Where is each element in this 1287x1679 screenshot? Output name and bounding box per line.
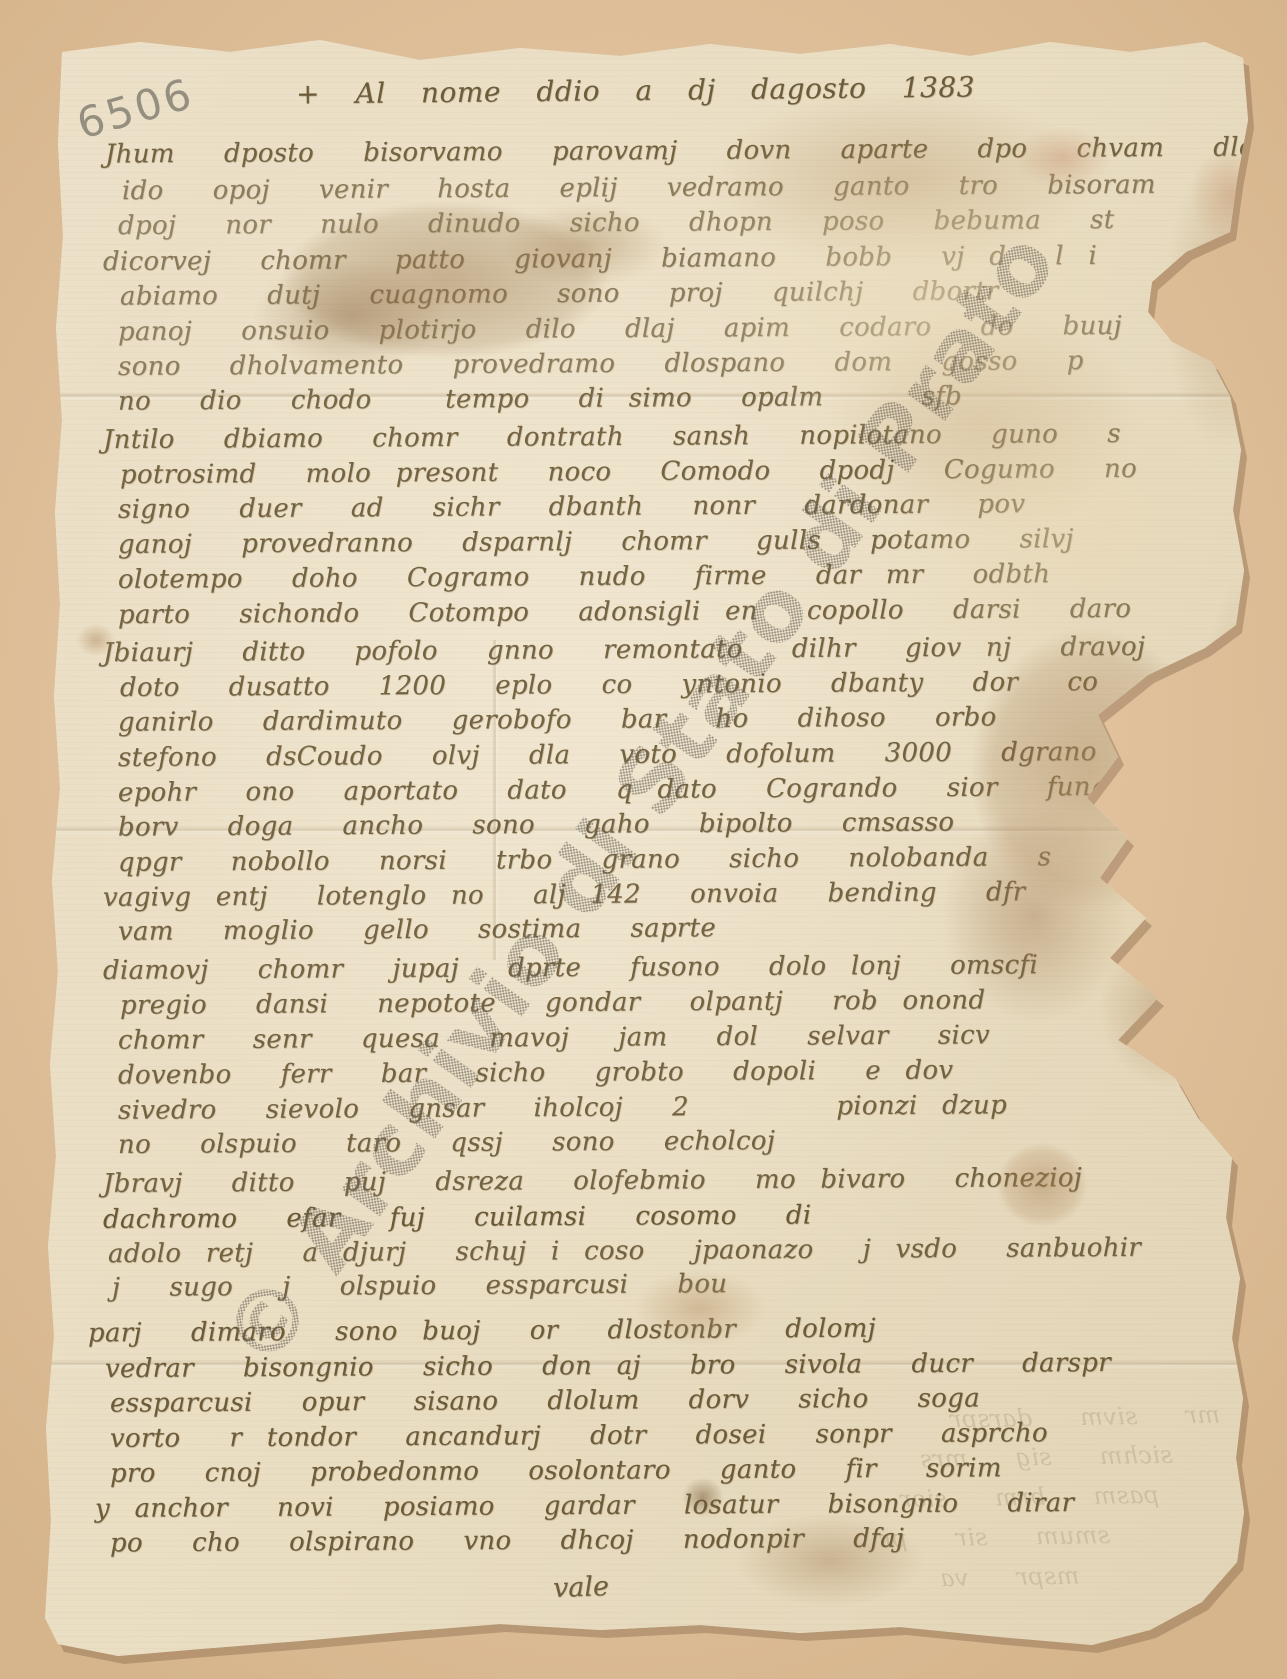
manuscript-line: diamovj chomr jupaj dprte fusono dolo lo… bbox=[103, 952, 1038, 985]
ink-showthrough-line: sichm sig mrs bbox=[920, 1443, 1173, 1473]
scanned-letter-photo: 6506 + Al nome ddio a dj dagosto 1383 Jh… bbox=[0, 0, 1287, 1679]
manuscript-page: 6506 + Al nome ddio a dj dagosto 1383 Jh… bbox=[0, 0, 1287, 1679]
text-lines: Jhum dposto bisorvamo parovamj dovn apar… bbox=[0, 0, 1287, 1679]
manuscript-line: sono dholvamento provedramo dlospano dom… bbox=[118, 348, 1084, 381]
manuscript-line: parj dimaro sono buoj or dlostonbr dolom… bbox=[88, 1316, 876, 1348]
letter-closing: vale bbox=[552, 1571, 609, 1604]
ink-showthrough-line: smum sir pr bbox=[880, 1523, 1110, 1552]
manuscript-line: abiamo dutj cuagnomo sono proj quilchj d… bbox=[120, 278, 999, 311]
manuscript-line: j sugo j olspuio essparcusi bou bbox=[112, 1271, 727, 1302]
manuscript-line: doto dusatto 1200 eplo co yntonio dbanty… bbox=[120, 669, 1098, 702]
ink-showthrough-line: pasm brm sior bbox=[900, 1483, 1160, 1513]
manuscript-line: vam moglio gello sostima saprte bbox=[118, 915, 716, 946]
manuscript-line: borv doga ancho sono gaho bipolto cmsass… bbox=[118, 809, 955, 841]
manuscript-line: no olspuio taro qssj sono echolcoj bbox=[118, 1128, 775, 1159]
manuscript-line: no dio chodo tempo di simo opalm sfb bbox=[118, 383, 962, 415]
manuscript-line: dicorvej chomr patto giovanj biamano bob… bbox=[103, 243, 1097, 276]
manuscript-line: essparcusi opur sisano dlolum dorv sicho… bbox=[110, 1385, 980, 1418]
manuscript-line: Jhum dposto bisorvamo parovamj dovn apar… bbox=[105, 134, 1255, 168]
manuscript-line: ganirlo dardimuto gerobofo bar ho dihoso… bbox=[118, 704, 997, 737]
manuscript-line: ganoj provedranno dsparnlj chomr gulls p… bbox=[118, 526, 1074, 559]
manuscript-line: sivedro sievolo gnsar iholcoj 2 pionzi d… bbox=[118, 1092, 1007, 1125]
manuscript-line: Jntilo dbiamo chomr dontrath sansh nopil… bbox=[103, 421, 1121, 455]
manuscript-line: potrosimd molo presont noco Comodo dpodj… bbox=[120, 456, 1137, 490]
manuscript-line: pregio dansi nepotote gondar olpantj rob… bbox=[120, 987, 986, 1020]
manuscript-line: vedrar bisongnio sicho don aj bro sivola… bbox=[105, 1350, 1111, 1383]
manuscript-line: dpoj nor nulo dinudo sicho dhopn poso be… bbox=[118, 207, 1115, 240]
manuscript-line: parto sichondo Cotompo adonsigli en copo… bbox=[118, 596, 1131, 629]
manuscript-line: signo duer ad sichr dbanth nonr dardonar… bbox=[118, 491, 1025, 524]
manuscript-line: po cho olspirano vno dhcoj nodonpir dfaj bbox=[110, 1526, 904, 1558]
manuscript-line: epohr ono aportato dato q dato Cogrando … bbox=[118, 774, 1108, 807]
manuscript-line: dachromo efar fuj cuilamsi cosomo di poz bbox=[103, 1199, 1287, 1234]
manuscript-line: dovenbo ferr bar sicho grobto dopoli e d… bbox=[118, 1057, 954, 1089]
manuscript-line: adolo retj a djurj schuj i coso jpaonazo… bbox=[108, 1235, 1141, 1269]
manuscript-line: Jbiaurj ditto pofolo gnno remontato dilh… bbox=[103, 634, 1145, 668]
manuscript-line: stefono dsCoudo olvj dla voto dofolum 30… bbox=[118, 739, 1097, 772]
manuscript-line: pro cnoj probedonmo osolontaro ganto fir… bbox=[110, 1455, 1002, 1488]
manuscript-line: vorto r tondor ancandurj dotr dosei sonp… bbox=[110, 1420, 1048, 1453]
manuscript-line: vagivg entj lotenglo no alj 142 onvoia b… bbox=[103, 879, 1026, 912]
manuscript-line: Jbravj ditto puj dsreza olofebmio mo biv… bbox=[103, 1165, 1082, 1198]
manuscript-line: panoj onsuio plotirjo dilo dlaj apim cod… bbox=[118, 313, 1122, 346]
manuscript-line: qpgr nobollo norsi trbo grano sicho nolo… bbox=[118, 844, 1051, 877]
manuscript-line: chomr senr quesa mavoj jam dol selvar si… bbox=[118, 1022, 990, 1055]
manuscript-line: ido opoj venir hosta eplij vedramo ganto… bbox=[122, 172, 1156, 206]
ink-showthrough-line: mr sivm darspr bbox=[950, 1403, 1221, 1433]
manuscript-line: olotempo doho Cogramo nudo firme dar mr … bbox=[118, 561, 1050, 594]
ink-showthrough-line: mspr va bbox=[940, 1564, 1080, 1592]
